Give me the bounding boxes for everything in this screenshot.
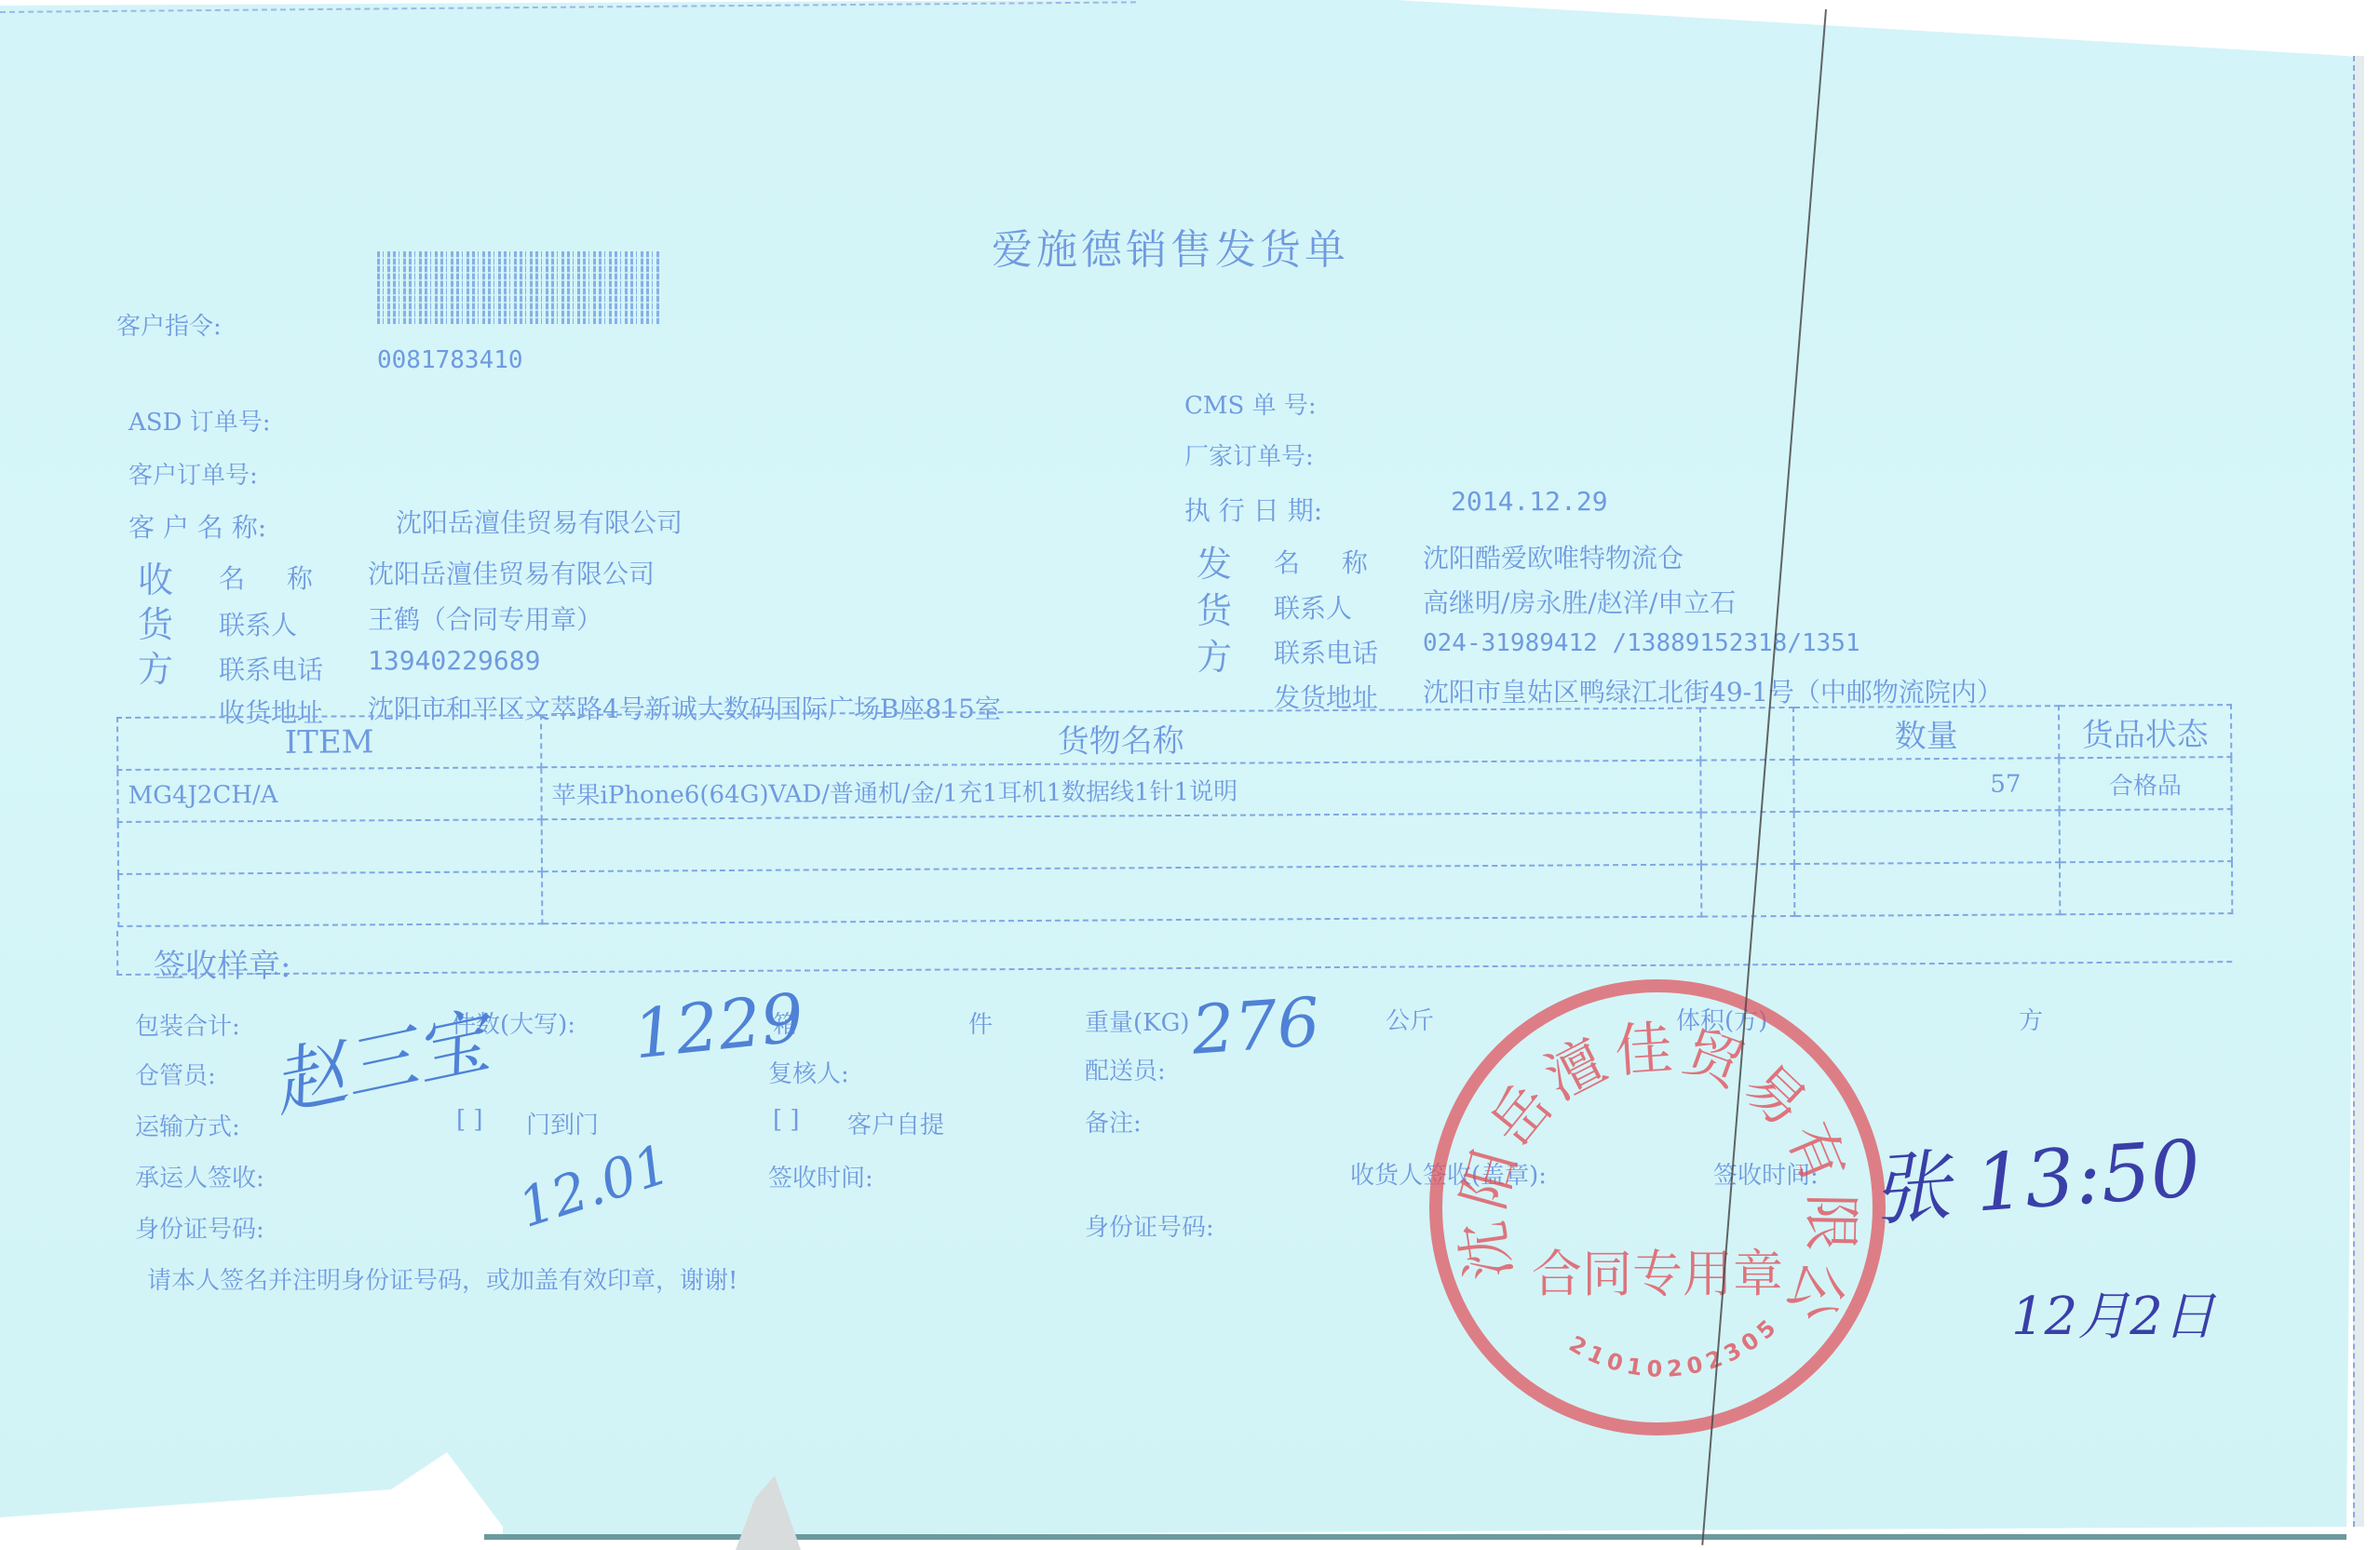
receiver-contact-value: 王鹤（合同专用章）	[368, 600, 602, 637]
factory-order-label: 厂家订单号:	[1184, 438, 1314, 472]
exec-date-value: 2014.12.29	[1451, 486, 1608, 517]
package-total-label: 包装合计:	[135, 1007, 240, 1042]
handwritten-receiver-sign: 张 13:50	[1868, 1106, 2203, 1241]
id-number-left-label: 身份证号码:	[135, 1210, 264, 1245]
asd-order-label: ASD 订单号:	[128, 403, 270, 438]
header-goods-name: 货物名称	[541, 708, 1700, 768]
cell-status	[2060, 861, 2232, 914]
weight-label: 重量(KG)	[1085, 1004, 1189, 1038]
header-quantity: 数量	[1793, 706, 2059, 760]
customer-instruction-label: 客户指令:	[116, 307, 222, 342]
barcode-icon	[377, 251, 661, 324]
customer-order-label: 客户订单号:	[128, 456, 258, 491]
shipper-side-char-3: 方	[1197, 628, 1232, 680]
volume-unit: 方	[2019, 1002, 2043, 1036]
cell-blank	[1701, 812, 1794, 865]
receiver-side-char-2: 货	[138, 596, 173, 647]
cell-goods-name: 苹果iPhone6(64G)VAD/普通机/金/1充1耳机1数据线1针1说明	[541, 761, 1700, 820]
receiver-name-value: 沈阳岳澶佳贸易有限公司	[368, 554, 655, 591]
cell-item	[118, 819, 542, 874]
exec-date-label: 执 行 日 期:	[1184, 491, 1322, 528]
perforation-right	[2353, 56, 2364, 1527]
shipper-name-label: 名 称	[1274, 543, 1385, 580]
cell-quantity	[1794, 862, 2060, 916]
cell-quantity	[1794, 810, 2060, 864]
door-to-door-checkbox[interactable]: [ ]	[456, 1106, 483, 1134]
customer-instruction-value: 0081783410	[377, 346, 523, 374]
customer-pickup-checkbox[interactable]: [ ]	[773, 1106, 800, 1134]
header-item: ITEM	[117, 715, 541, 770]
shipper-contact-label: 联系人	[1274, 588, 1352, 626]
shipper-phone-value: 024-31989412 /13889152318/1351	[1423, 629, 1860, 657]
carrier-sign-label: 承运人签收:	[135, 1159, 264, 1193]
header-status: 货品状态	[2059, 705, 2231, 758]
company-seal-stamp: 沈阳岳澶佳贸易有限公司 合同专用章 2101020230547	[1429, 979, 1886, 1435]
receiver-phone-value: 13940229689	[368, 645, 540, 676]
cell-blank	[1701, 864, 1794, 917]
cell-item	[118, 871, 542, 926]
warehouse-keeper-label: 仓管员:	[135, 1057, 216, 1091]
sign-time-label: 签收时间:	[768, 1159, 873, 1193]
receiver-phone-label: 联系电话	[219, 650, 323, 687]
remarks-label: 备注:	[1085, 1104, 1142, 1139]
customer-name-value: 沈阳岳澶佳贸易有限公司	[396, 503, 683, 540]
cell-item: MG4J2CH/A	[117, 767, 541, 822]
sign-stamp-label: 签收样章:	[154, 940, 291, 986]
shipper-address-value: 沈阳市皇姑区鸭绿江北街49-1号（中邮物流院内）	[1423, 672, 2003, 709]
id-number-right-label: 身份证号码:	[1085, 1208, 1214, 1243]
shipper-side-char-1: 发	[1197, 535, 1232, 586]
transport-method-label: 运输方式:	[135, 1108, 240, 1142]
receiver-name-label: 名 称	[219, 559, 330, 596]
document-title: 爱施德销售发货单	[992, 216, 1349, 276]
cell-status	[2060, 809, 2232, 862]
customer-pickup-label: 客户自提	[847, 1106, 944, 1140]
cms-no-label: CMS 单 号:	[1184, 386, 1317, 421]
cell-quantity: 57	[1793, 758, 2059, 812]
cell-status: 合格品	[2059, 757, 2231, 810]
shipper-side-char-2: 货	[1197, 582, 1232, 633]
shipper-name-value: 沈阳酷爱欧唯特物流仓	[1423, 538, 1684, 575]
receiver-side-char-3: 方	[138, 640, 173, 692]
piece-unit: 件	[968, 1005, 993, 1040]
cell-blank	[1700, 760, 1793, 813]
seal-icon: 沈阳岳澶佳贸易有限公司 合同专用章 2101020230547	[1429, 979, 1886, 1435]
cell-goods-name	[542, 813, 1701, 872]
handwritten-weight: 276	[1189, 982, 1322, 1069]
receiver-side-char-1: 收	[138, 551, 173, 602]
goods-table: ITEM 货物名称 数量 货品状态 MG4J2CH/A 苹果iPhone6(64…	[116, 704, 2233, 927]
handwritten-receive-date: 12月2日	[2011, 1275, 2215, 1350]
signature-note: 请本人签名并注明身份证号码，或加盖有效印章，谢谢!	[147, 1261, 737, 1296]
shipper-phone-label: 联系电话	[1274, 633, 1378, 670]
delivery-person-label: 配送员:	[1085, 1052, 1166, 1086]
customer-name-label: 客 户 名 称:	[128, 507, 266, 545]
cell-goods-name	[542, 865, 1701, 924]
reviewer-label: 复核人:	[768, 1055, 849, 1089]
receiver-contact-label: 联系人	[219, 605, 297, 642]
door-to-door-label: 门到门	[526, 1106, 599, 1140]
header-blank	[1700, 708, 1793, 761]
stamp-purpose-text: 合同专用章	[1532, 1245, 1783, 1303]
weight-unit: 公斤	[1386, 1002, 1434, 1036]
shipper-contact-value: 高继明/房永胜/赵洋/申立石	[1423, 583, 1736, 620]
